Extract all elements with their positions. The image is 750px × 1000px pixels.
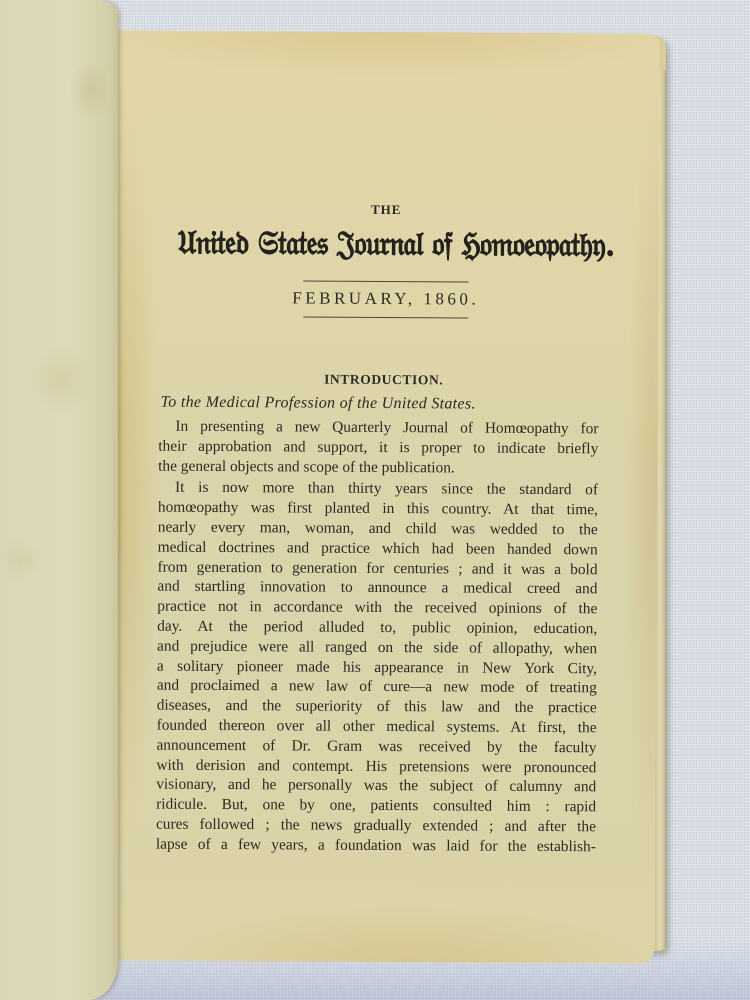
salutation: To the Medical Profession of the United … [161,394,599,415]
text-line: and prejudice were all ranged on the sid… [157,636,597,658]
issue-date: FEBRUARY, 1860. [113,287,658,310]
text-line: with derision and contempt. His pretensi… [156,755,596,777]
text-line: medical doctrines and practice which had… [158,537,598,559]
text-line: announcement of Dr. Gram was received by… [156,735,596,757]
paragraph-2: It is now more than thirty years since t… [156,478,598,857]
section-heading: INTRODUCTION. [169,371,599,390]
text-line: lapse of a few years, a foundation was l… [156,834,596,856]
paragraph-1: In presenting a new Quarterly Journal of… [158,417,598,479]
text-line: ridicule. But, one by one, patients cons… [156,795,596,817]
text-line: practice not in accordance with the rece… [157,597,597,619]
text-line: homœopathy was first planted in this cou… [158,498,598,520]
facing-page-left [0,0,118,1000]
text-line: In presenting a new Quarterly Journal of… [158,417,598,439]
text-line: diseases, and the superiority of this la… [157,696,597,718]
text-line: a solitary pioneer made his appearance i… [157,656,597,678]
text-line: visionary, and he personally was the sub… [156,775,596,797]
divider-rule-top [303,281,468,283]
text-line: It is now more than thirty years since t… [158,478,598,500]
text-line: day. At the period alluded to, public op… [157,617,597,639]
divider-rule-bottom [303,316,468,318]
article-body: INTRODUCTION. To the Medical Profession … [156,371,599,857]
journal-page: THE 𝔘𝔫𝔦𝔱𝔢𝔡 𝔖𝔱𝔞𝔱𝔢𝔰 𝔍𝔬𝔲𝔯𝔫𝔞𝔩 𝔬𝔣 ℌ𝔬𝔪𝔬𝔢𝔬𝔭𝔞𝔱𝔥𝔶… [109,30,660,963]
text-line: nearly every man, woman, and child was w… [158,518,598,540]
journal-title: 𝔘𝔫𝔦𝔱𝔢𝔡 𝔖𝔱𝔞𝔱𝔢𝔰 𝔍𝔬𝔲𝔯𝔫𝔞𝔩 𝔬𝔣 ℌ𝔬𝔪𝔬𝔢𝔬𝔭𝔞𝔱𝔥𝔶. [133,222,658,264]
text-line: and proclaimed a new law of cure—a new m… [157,676,597,698]
text-line: the general objects and scope of the pub… [158,456,598,478]
text-line: from generation to generation for centur… [158,557,598,579]
text-line: and startling innovation to announce a m… [157,577,597,599]
journal-masthead: THE 𝔘𝔫𝔦𝔱𝔢𝔡 𝔖𝔱𝔞𝔱𝔢𝔰 𝔍𝔬𝔲𝔯𝔫𝔞𝔩 𝔬𝔣 ℌ𝔬𝔪𝔬𝔢𝔬𝔭𝔞𝔱𝔥𝔶… [113,200,659,319]
text-line: founded thereon over all other medical s… [157,716,597,738]
text-line: their approbation and support, it is pro… [158,436,598,458]
text-line: cures followed ; the news gradually exte… [156,815,596,837]
the-label: THE [114,200,659,219]
